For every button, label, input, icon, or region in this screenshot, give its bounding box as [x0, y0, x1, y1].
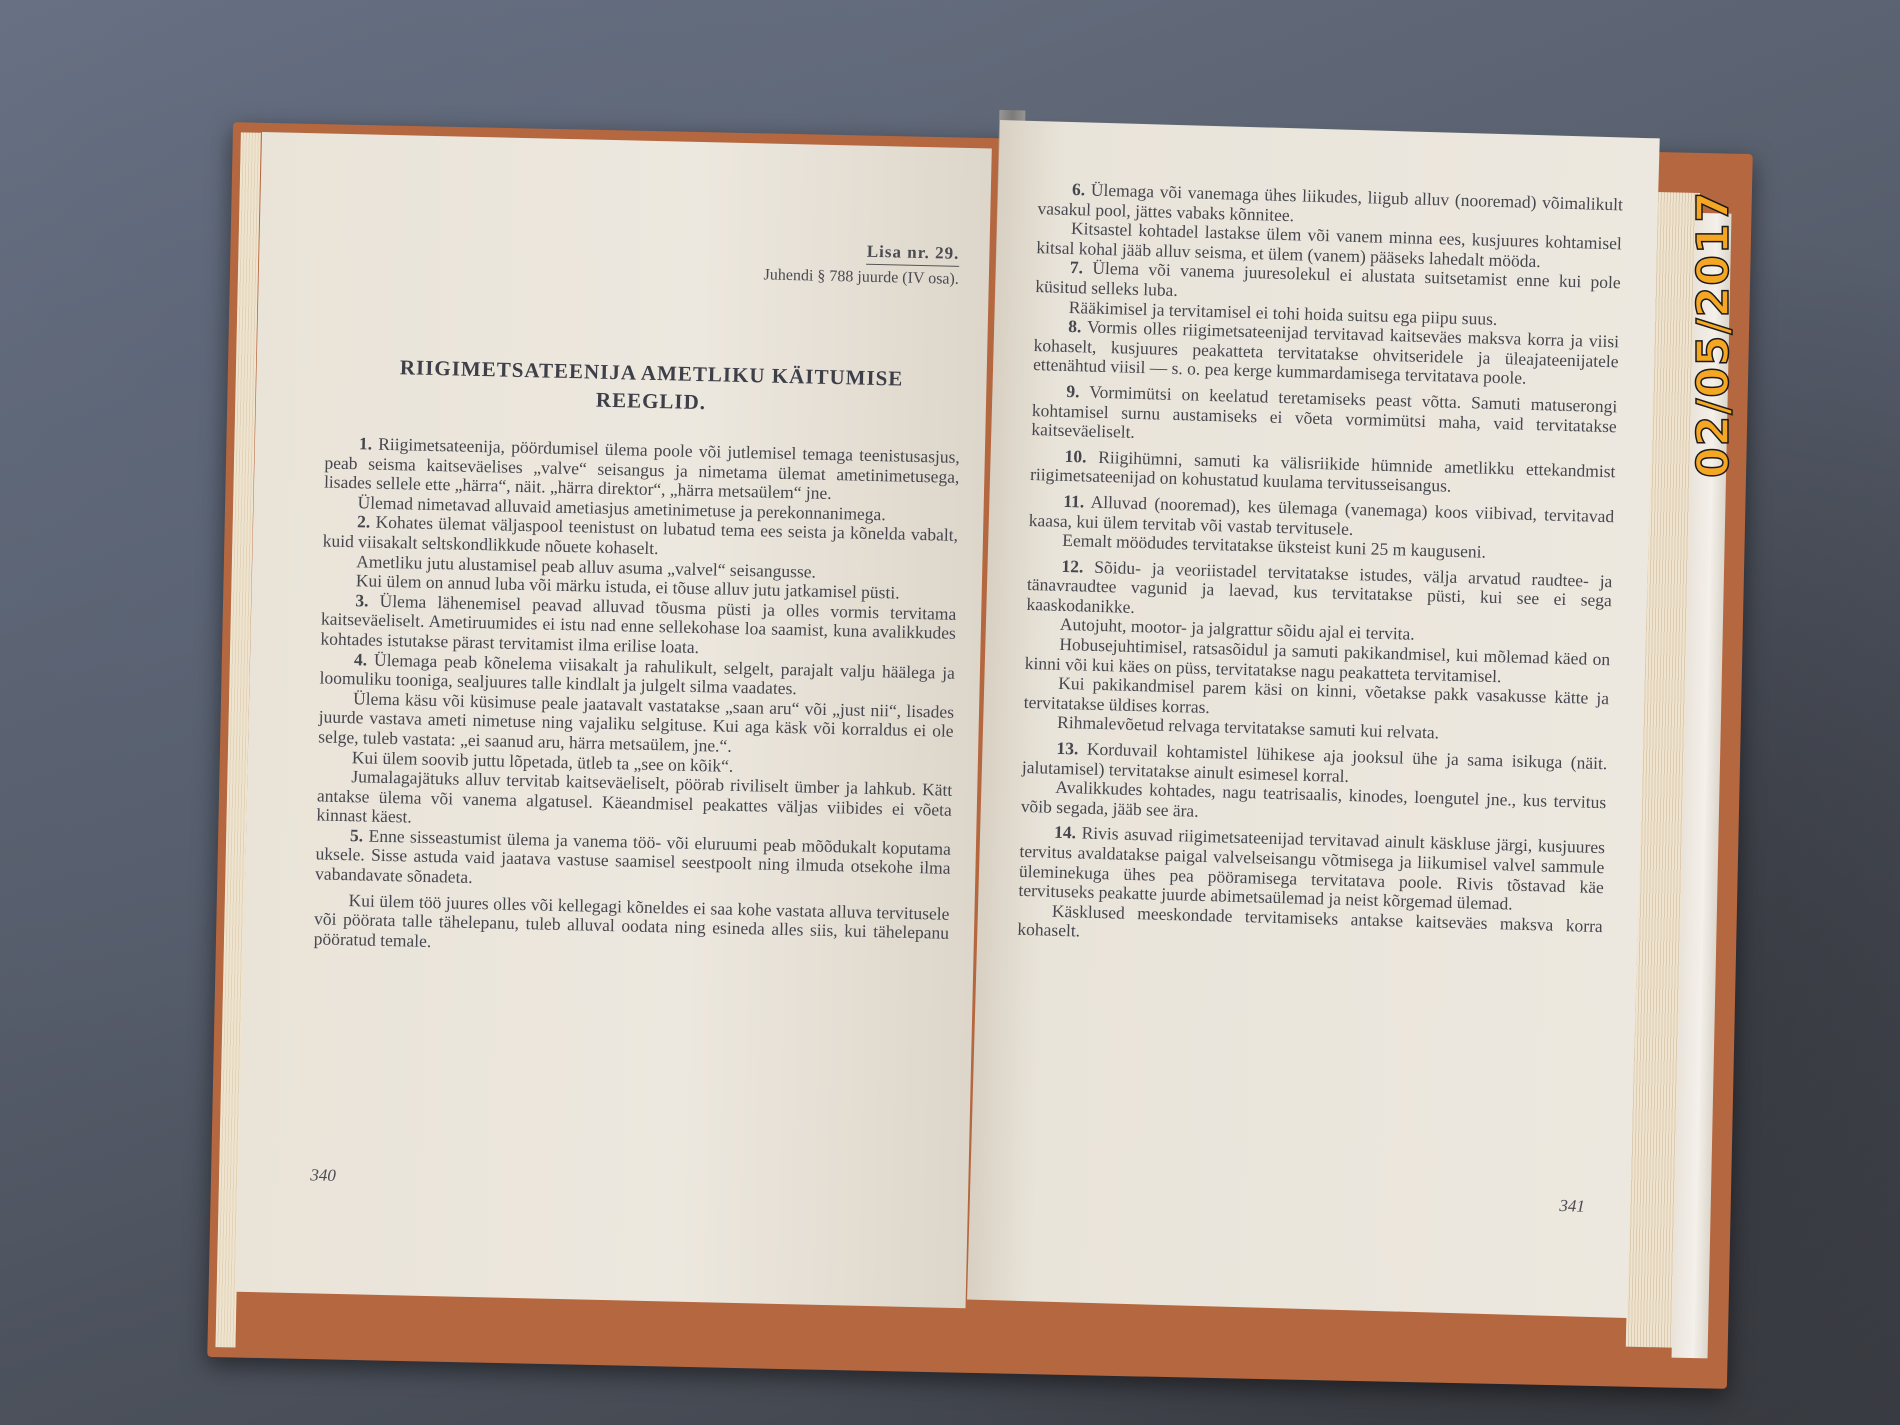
right-page: 6. Ülemaga või vanemaga ühes liikudes, l…: [967, 120, 1660, 1318]
page-number: 341: [1559, 1196, 1585, 1217]
right-body-text: 6. Ülemaga või vanemaga ühes liikudes, l…: [1017, 179, 1623, 956]
appendix-reference: Juhendi § 788 juurde (IV osa).: [763, 266, 959, 288]
paragraph: Kui ülem töö juures olles või kellegagi …: [313, 890, 949, 963]
page-title: RIIGIMETSATEENIJA AMETLIKU KÄITUMISE REE…: [336, 352, 967, 422]
appendix-header: Lisa nr. 29. Juhendi § 788 juurde (IV os…: [763, 239, 959, 288]
paragraph: 9. Vormimütsi on keelatud teretamiseks p…: [1031, 381, 1617, 456]
left-body-text: 1. Riigimetsateenija, pöördumisel ülema …: [313, 434, 960, 964]
left-page: Lisa nr. 29. Juhendi § 788 juurde (IV os…: [236, 132, 992, 1308]
paragraph: 5. Enne sisseastumist ülema ja vanema tö…: [315, 825, 951, 898]
camera-datestamp: 02/05/2017: [1688, 191, 1739, 478]
appendix-number: Lisa nr. 29.: [867, 242, 960, 267]
page-number: 340: [310, 1165, 336, 1186]
